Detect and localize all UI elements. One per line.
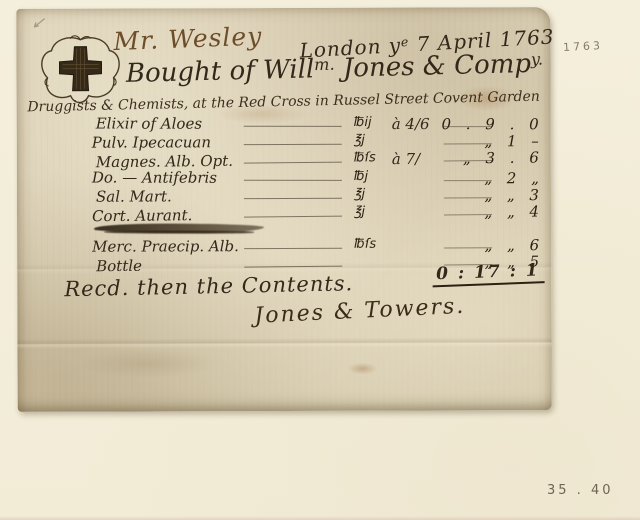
- item-dash-rule: [244, 144, 342, 145]
- item-dash-rule: [244, 266, 342, 268]
- item-name: Elixir of Aloes: [96, 114, 202, 132]
- total-amount: 0 : 17 : 1: [432, 260, 544, 287]
- item-dash-rule: [244, 162, 342, 164]
- pencil-year-annotation: 1763: [563, 39, 604, 54]
- item-row: [92, 222, 544, 237]
- paper-crease: [17, 337, 551, 349]
- item-quantity: ℥j: [354, 204, 365, 219]
- struck-out-line: [94, 223, 264, 232]
- item-dash-rule: [244, 216, 342, 218]
- item-price: à 7/: [392, 150, 420, 168]
- bought-of-text: Bought of Will: [126, 54, 315, 89]
- item-row: Elixir of Aloes ℔ij à 4/6 0 . 9 . 0: [92, 114, 544, 133]
- bought-of-superscript: y.: [531, 49, 544, 68]
- receipt-paper: Mr. Wesley London ye 7 April 1763 Bought…: [16, 7, 551, 412]
- bought-of-text: Jones & Comp: [334, 49, 531, 84]
- item-quantity: ℥j: [354, 187, 365, 202]
- item-quantity: ℔j: [354, 169, 368, 184]
- item-row: Do. — Antifebris ℔j „ 2 „: [92, 168, 544, 187]
- stain: [348, 363, 378, 375]
- item-dash-rule: [244, 248, 342, 249]
- item-amount: „ 3 . 6: [424, 149, 544, 168]
- item-dash-rule: [244, 180, 342, 181]
- item-name: Do. — Antifebris: [92, 168, 217, 186]
- item-amount: „ „ 4: [424, 203, 544, 222]
- item-dash-rule: [244, 198, 342, 199]
- item-name: Merc. Praecip. Alb.: [92, 237, 239, 256]
- pencil-arrow-icon: [29, 16, 47, 32]
- signature: Jones & Towers.: [254, 294, 466, 329]
- bought-of-line: Bought of Willm. Jones & Compy.: [124, 49, 545, 89]
- customer-name: Mr. Wesley: [113, 21, 263, 56]
- item-quantity: ℔ij: [354, 115, 372, 130]
- item-name: Sal. Mart.: [96, 187, 172, 205]
- received-line: Recd. then the Contents.: [64, 271, 353, 301]
- item-amount: 0 . 9 . 0: [424, 115, 544, 133]
- item-amount: „ 2 „: [424, 169, 544, 187]
- item-name: Bottle: [96, 257, 142, 275]
- items-list: Elixir of Aloes ℔ij à 4/6 0 . 9 . 0 Pulv…: [92, 114, 545, 274]
- pencil-catalog-annotation: 35 . 40: [547, 483, 613, 498]
- stain: [77, 348, 217, 378]
- item-quantity: ℔ſs: [354, 150, 376, 165]
- item-quantity: ℥j: [354, 133, 365, 148]
- item-name: Pulv. Ipecacuan: [92, 133, 211, 151]
- bought-of-superscript: m.: [314, 55, 335, 74]
- mount-background: Mr. Wesley London ye 7 April 1763 Bought…: [0, 0, 640, 520]
- item-dash-rule: [244, 126, 342, 127]
- item-quantity: ℔ſs: [354, 237, 376, 252]
